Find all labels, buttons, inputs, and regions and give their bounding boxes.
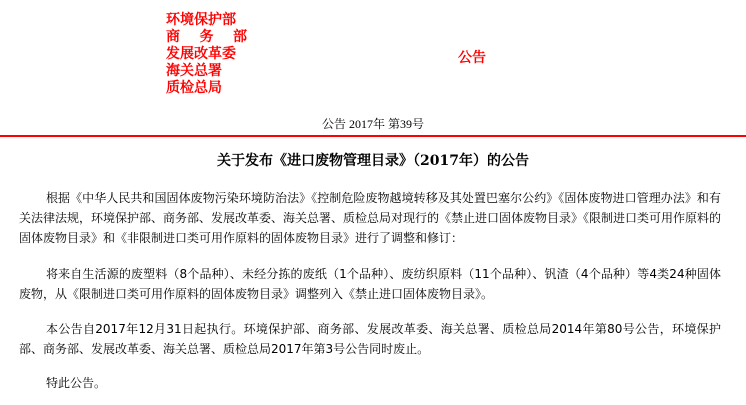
issuing-agencies: 环境保护部 商 务 部 发展改革委 海关总署 质检总局 (166, 12, 247, 97)
issuer-ndrc: 发展改革委 (166, 46, 247, 63)
document-number: 公告 2017年 第39号 (0, 115, 746, 132)
paragraph-legal-basis: 根据《中华人民共和国固体废物污染环境防治法》《控制危险废物越境转移及其处置巴塞尔… (19, 188, 721, 248)
issuer-aqsiq: 质检总局 (166, 80, 247, 97)
paragraph-closing: 特此公告。 (19, 373, 721, 393)
issuer-customs: 海关总署 (166, 63, 247, 80)
red-divider (0, 135, 746, 137)
paragraph-effective-date: 本公告自2017年12月31日起执行。环境保护部、商务部、发展改革委、海关总署、… (19, 319, 721, 359)
document-title: 关于发布《进口废物管理目录》（2017年）的公告 (0, 150, 746, 170)
paragraph-adjustment: 将来自生活源的废塑料（8个品种）、未经分拣的废纸（1个品种）、废纺织原料（11个… (19, 264, 721, 304)
issuer-mep: 环境保护部 (166, 12, 247, 29)
issuer-mofcom: 商 务 部 (166, 29, 247, 46)
notice-label: 公告 (458, 47, 486, 67)
